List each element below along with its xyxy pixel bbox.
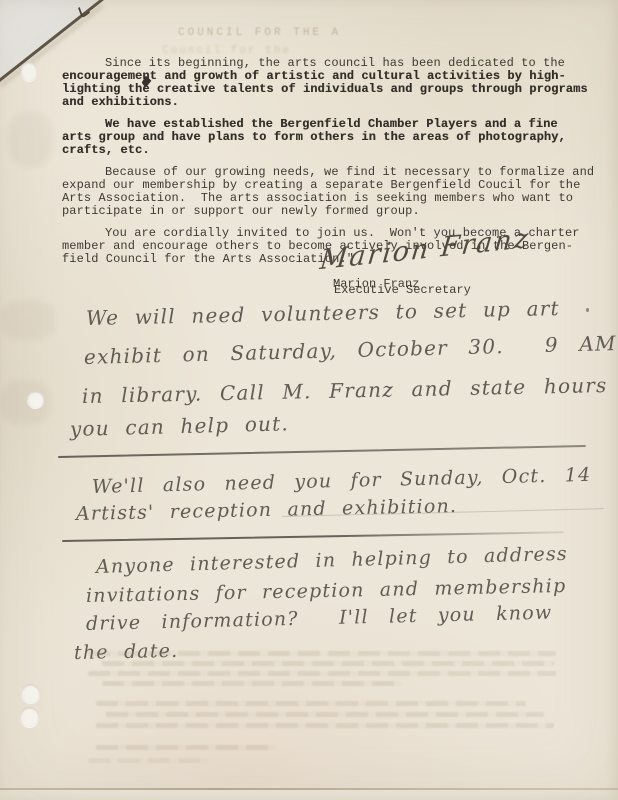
ghost-header-line: COUNCIL FOR THE A: [178, 27, 341, 39]
handwritten-note-line: We will need volunteers to set up art: [86, 296, 560, 330]
ink-dot: [586, 308, 589, 312]
bleed-through-text: [106, 712, 544, 717]
bleed-through-text: [96, 745, 276, 750]
paper-below-edge: [0, 790, 618, 800]
typed-line: and exhibitions.: [62, 96, 602, 109]
handwritten-note-line: Artists' reception and exhibition.: [76, 495, 458, 525]
typed-line: crafts, etc.: [62, 144, 602, 157]
paper-smudge: [0, 300, 55, 340]
handwritten-note-line: you can help out.: [70, 411, 289, 441]
typed-line: participate in or support our newly form…: [62, 205, 602, 218]
bleed-through-text: [88, 671, 556, 676]
typed-paragraph: Because of our growing needs, we find it…: [62, 166, 602, 218]
bleed-through-text: [88, 758, 208, 763]
bleed-through-text: [102, 681, 402, 686]
hole-punch: [27, 391, 44, 408]
handwritten-note-line: drive information? I'll let you know: [86, 602, 553, 635]
bleed-through-text: [102, 661, 554, 666]
typed-paragraph: We have established the Bergenfield Cham…: [62, 118, 602, 157]
handwritten-note-line: exhibit on Saturday, October 30. 9 AM on: [84, 330, 618, 369]
handwritten-note-line: in library. Call M. Franz and state hour…: [82, 373, 608, 408]
typed-signature-title: Executive Secretary: [334, 284, 471, 297]
hole-punch: [20, 707, 39, 727]
scanned-letter-page: COUNCIL FOR THE A Council for the Since …: [0, 0, 618, 800]
bleed-through-text: [96, 701, 526, 706]
handdrawn-divider: [62, 531, 564, 542]
paper-smudge: [8, 112, 53, 167]
handdrawn-divider: [58, 445, 586, 458]
hole-punch: [21, 62, 37, 81]
bleed-through-text: [96, 723, 554, 728]
hole-punch: [21, 684, 40, 703]
bleed-through-text: [88, 651, 556, 656]
handwritten-note-line: Anyone interested in helping to address: [96, 543, 568, 578]
handwritten-note-line: We'll also need you for Sunday, Oct. 14: [92, 464, 592, 498]
